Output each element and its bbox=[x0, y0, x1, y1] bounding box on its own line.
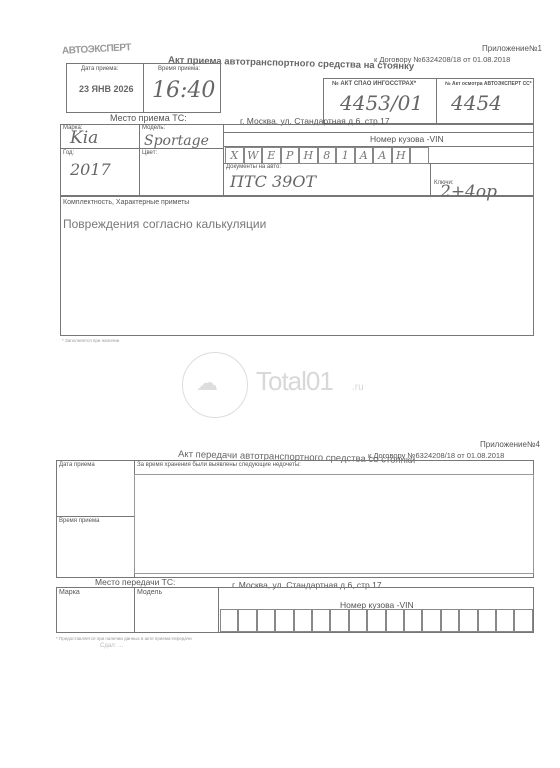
vin-cell[interactable] bbox=[422, 609, 440, 632]
appendix-label: Приложение№1 bbox=[482, 44, 542, 53]
defects-label: За время хранения были выявлены следующи… bbox=[137, 462, 301, 468]
vin-cell[interactable] bbox=[330, 609, 348, 632]
watermark: ☁ Total01 .ru bbox=[182, 352, 382, 422]
time-box: Время приема: 16:40 bbox=[143, 63, 221, 113]
avtoexpert-act-box: № Акт осмотра АВТОЭКСПЕРТ СС* 4454 bbox=[436, 78, 534, 124]
appendix-label: Приложение№4 bbox=[480, 440, 540, 449]
logo: АВТОЭКСПЕРТ bbox=[62, 42, 131, 57]
equipment-box: Комплектность, Характерные приметы Повре… bbox=[60, 196, 534, 336]
time-label: Время приема: bbox=[158, 66, 200, 72]
equipment-label: Комплектность, Характерные приметы bbox=[63, 199, 189, 206]
date-box: Дата приема: 23 ЯНВ 2026 bbox=[66, 63, 144, 113]
ingos-act-label: № АКТ СПАО ИНГОССТРАХ* bbox=[332, 81, 416, 87]
color-label: Цвет: bbox=[142, 150, 157, 156]
vin-cell[interactable] bbox=[220, 609, 238, 632]
vin-cell[interactable] bbox=[294, 609, 312, 632]
date-stamp: 23 ЯНВ 2026 bbox=[79, 84, 134, 94]
footnote: * Заполняется при наличии bbox=[62, 338, 119, 343]
place-label: Место приема ТС: bbox=[110, 113, 187, 123]
vin-cell[interactable] bbox=[238, 609, 256, 632]
vin-cell: W bbox=[244, 147, 263, 164]
watermark-text: Total01 bbox=[256, 366, 333, 397]
vin-cell: 1 bbox=[336, 147, 355, 164]
model-label: Модель: bbox=[142, 125, 165, 131]
vin-cell[interactable] bbox=[349, 609, 367, 632]
vin-cell[interactable] bbox=[367, 609, 385, 632]
model-value: Sportage bbox=[144, 133, 209, 149]
car-icon: ☁ bbox=[196, 370, 218, 396]
documents-label: Документы на авто: bbox=[226, 164, 281, 170]
footer-partial: Сдал: ... bbox=[100, 643, 123, 649]
vin-cell[interactable] bbox=[404, 609, 422, 632]
vin-cell[interactable] bbox=[386, 609, 404, 632]
vin-cell: X bbox=[225, 147, 244, 164]
time-label: Время приема bbox=[59, 518, 99, 524]
vin-cell bbox=[410, 147, 429, 164]
vin-cell: A bbox=[373, 147, 392, 164]
footnote: * Предоставляется при наличии данных в а… bbox=[56, 636, 192, 641]
vin-cell[interactable] bbox=[514, 609, 532, 632]
year-label: Год: bbox=[63, 150, 74, 156]
equipment-value: Повреждения согласно калькуляции bbox=[63, 217, 266, 231]
model-label: Модель bbox=[137, 589, 162, 596]
vin-cell[interactable] bbox=[312, 609, 330, 632]
watermark-suffix: .ru bbox=[352, 382, 364, 393]
brand-value: Kia bbox=[70, 128, 98, 148]
year-value: 2017 bbox=[70, 160, 111, 179]
brand-label: Марка bbox=[59, 589, 80, 596]
vin-cell[interactable] bbox=[459, 609, 477, 632]
vin-cell: H bbox=[299, 147, 318, 164]
place-label: Место передачи ТС: bbox=[95, 577, 175, 587]
vin-cell[interactable] bbox=[478, 609, 496, 632]
vin-cell[interactable] bbox=[257, 609, 275, 632]
vin-cell[interactable] bbox=[441, 609, 459, 632]
avtoexpert-act-value: 4454 bbox=[451, 91, 502, 115]
avtoexpert-act-label: № Акт осмотра АВТОЭКСПЕРТ СС* bbox=[445, 81, 532, 87]
vin-cell[interactable] bbox=[275, 609, 293, 632]
documents-value: ПТС 39ОТ bbox=[230, 172, 316, 191]
vin-label: Номер кузова -VIN bbox=[370, 134, 444, 144]
date-label: Дата приема: bbox=[81, 66, 118, 72]
vin-cell: 8 bbox=[318, 147, 337, 164]
vin-cell: E bbox=[262, 147, 281, 164]
defects-field[interactable] bbox=[134, 474, 534, 574]
vin-cell[interactable] bbox=[496, 609, 514, 632]
vin-cell: H bbox=[392, 147, 411, 164]
date-label: Дата приема bbox=[59, 462, 95, 468]
vin-cell: A bbox=[355, 147, 374, 164]
time-value: 16:40 bbox=[152, 78, 215, 103]
ingos-act-value: 4453/01 bbox=[340, 91, 423, 115]
vin-cell: P bbox=[281, 147, 300, 164]
